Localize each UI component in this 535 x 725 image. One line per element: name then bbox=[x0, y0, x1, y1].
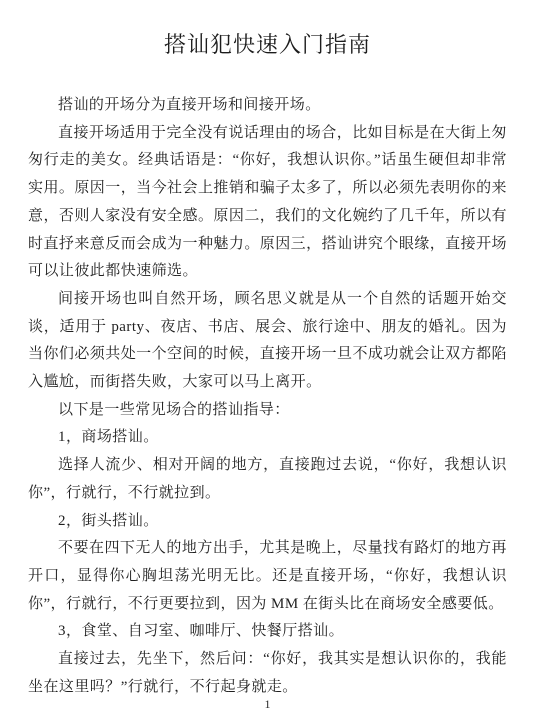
document-page: 搭讪犯快速入门指南 搭讪的开场分为直接开场和间接开场。 直接开场适用于完全没有说… bbox=[0, 0, 535, 725]
paragraph-guide-lead-in: 以下是一些常见场合的搭讪指导： bbox=[28, 397, 507, 425]
paragraph-item-1-body: 选择人流少、相对开阔的地方，直接跑过去说，“你好，我想认识你”，行就行，不行就拉… bbox=[28, 452, 507, 507]
paragraph-intro: 搭讪的开场分为直接开场和间接开场。 bbox=[28, 92, 507, 120]
paragraph-item-3-heading: 3，食堂、自习室、咖啡厅、快餐厅搭讪。 bbox=[28, 618, 507, 646]
page-number: 1 bbox=[0, 697, 535, 712]
document-body: 搭讪的开场分为直接开场和间接开场。 直接开场适用于完全没有说话理由的场合，比如目… bbox=[28, 92, 507, 701]
document-title: 搭讪犯快速入门指南 bbox=[28, 31, 507, 59]
paragraph-indirect-opening: 间接开场也叫自然开场，顾名思义就是从一个自然的话题开始交谈，适用于 party、… bbox=[28, 286, 507, 397]
paragraph-item-1-heading: 1，商场搭讪。 bbox=[28, 424, 507, 452]
paragraph-item-2-heading: 2，街头搭讪。 bbox=[28, 508, 507, 536]
paragraph-direct-opening: 直接开场适用于完全没有说话理由的场合，比如目标是在大街上匆匆行走的美女。经典话语… bbox=[28, 120, 507, 286]
paragraph-item-3-body: 直接过去，先坐下，然后问：“你好，我其实是想认识你的，我能坐在这里吗？”行就行，… bbox=[28, 646, 507, 701]
paragraph-item-2-body: 不要在四下无人的地方出手，尤其是晚上，尽量找有路灯的地方再开口，显得你心胸坦荡光… bbox=[28, 535, 507, 618]
